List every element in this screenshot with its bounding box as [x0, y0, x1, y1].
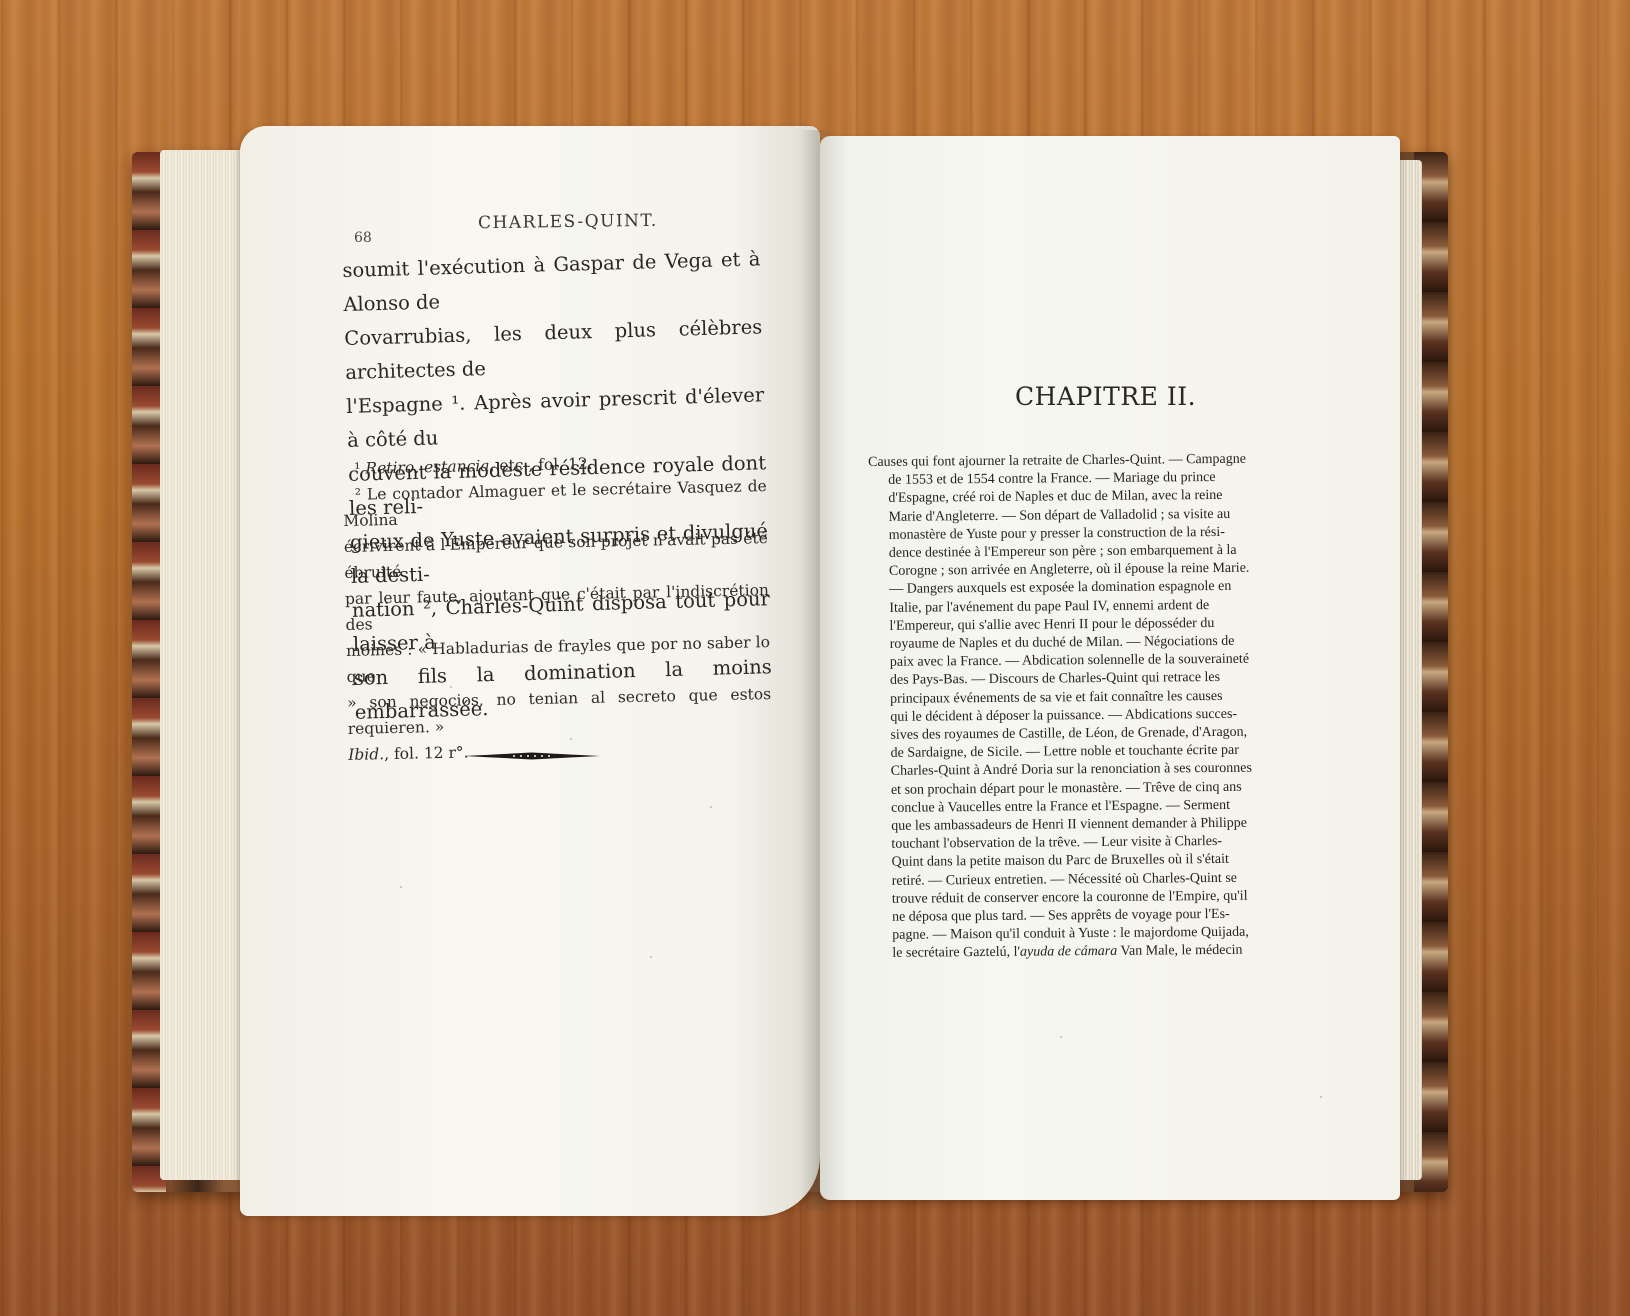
summary-last-line: le secrétaire Gaztelú, l'ayuda de cámara…	[872, 942, 1274, 964]
ibid-italic: Ibid.	[348, 745, 384, 764]
body-line: soumit l'exécution à Gaspar de Vega et à…	[342, 242, 762, 322]
body-line: l'Espagne ¹. Après avoir prescrit d'élev…	[346, 378, 766, 458]
tailpiece-ornament-icon	[464, 752, 600, 760]
ibid-text: , fol. 12 r°.	[384, 743, 469, 763]
body-line: Covarrubias, les deux plus célèbres arch…	[344, 310, 764, 390]
footnotes: ¹ Retiro, estancia, etc., fol. 12. ² Le …	[342, 447, 772, 768]
summary-text: Van Male, le médecin	[1117, 943, 1242, 959]
footnote-2-line: » son negocios, no tenian al secreto que…	[347, 681, 772, 742]
chapter-title: CHAPITRE II.	[1015, 382, 1196, 411]
right-page: CHAPITRE II. Causes qui font ajourner la…	[820, 136, 1400, 1200]
footnote-text: , etc., fol. 12.	[489, 455, 593, 475]
summary-text: le secrétaire Gaztelú, l'	[892, 945, 1020, 961]
summary-line: — Dangers auxquels est exposée la domina…	[869, 578, 1271, 600]
footnote-2-line: moines : « Habladurias de frayles que po…	[346, 629, 771, 690]
page-number: 68	[354, 230, 372, 246]
footnote-italic: Retiro, estancia	[365, 457, 489, 478]
footnote-marker: ¹	[354, 460, 361, 478]
footnote-2-line: par leur faute, ajoutant que c'était par…	[345, 577, 770, 638]
footnote-2-line: écrivirent à l'Empereur que son projet n…	[344, 525, 769, 586]
running-title: CHARLES-QUINT.	[478, 211, 658, 234]
left-page: 68 CHARLES-QUINT. soumit l'exécution à G…	[240, 126, 820, 1216]
chapter-summary: Causes qui font ajourner la retraite de …	[868, 450, 1274, 963]
footnote-2-line: ² Le contador Almaguer et le secrétaire …	[343, 473, 768, 534]
summary-italic: ayuda de cámara	[1020, 944, 1117, 960]
photo-scene: 68 CHARLES-QUINT. soumit l'exécution à G…	[0, 0, 1630, 1316]
